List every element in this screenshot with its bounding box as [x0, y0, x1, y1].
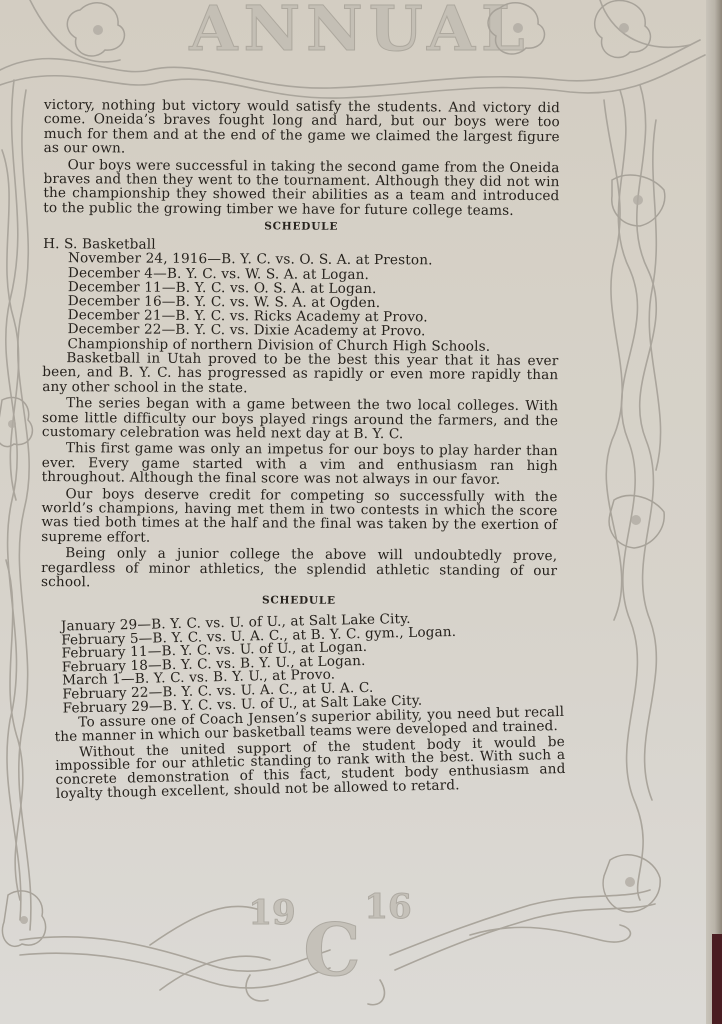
schedule-heading: SCHEDULE: [43, 219, 559, 234]
body-paragraph: Basketball in Utah proved to be the best…: [42, 351, 558, 397]
intro-section: victory, nothing but victory would satis…: [43, 98, 560, 218]
closing-section: To assure one of Coach Jensen’s superior…: [54, 705, 566, 801]
footer-monogram: C: [303, 907, 360, 992]
hs-schedule-list: November 24, 1916—B. Y. C. vs. O. S. A. …: [42, 251, 559, 354]
hs-schedule-section: SCHEDULE H. S. Basketball November 24, 1…: [42, 219, 559, 354]
header-art-title: ANNUAL: [188, 0, 530, 65]
closing-paragraph: Without the united support of the studen…: [55, 735, 566, 801]
page-body: victory, nothing but victory would satis…: [40, 98, 560, 806]
intro-paragraph: victory, nothing but victory would satis…: [44, 98, 560, 159]
body-paragraph: Being only a junior college the above wi…: [41, 546, 557, 592]
footer-year-right: 16: [364, 887, 411, 927]
flower-icon: [67, 3, 124, 56]
flower-icon: [609, 496, 664, 548]
college-schedule-section: January 29—B. Y. C. vs. U. of U., at Sal…: [41, 610, 559, 716]
college-text-section: Basketball in Utah proved to be the best…: [41, 351, 558, 593]
footer-year-left: 19: [248, 893, 295, 933]
schedule-heading: SCHEDULE: [41, 593, 557, 608]
footer-year-emblem: 19 C 16: [248, 887, 411, 992]
body-paragraph: The series began with a game between the…: [42, 396, 558, 442]
flower-icon: [603, 855, 660, 912]
college-schedule-list: January 29—B. Y. C. vs. U. of U., at Sal…: [61, 610, 559, 716]
intro-paragraph: Our boys were successful in taking the s…: [43, 158, 559, 219]
body-paragraph: This first game was only an impetus for …: [42, 441, 558, 487]
body-paragraph: Our boys deserve credit for competing so…: [41, 487, 557, 548]
